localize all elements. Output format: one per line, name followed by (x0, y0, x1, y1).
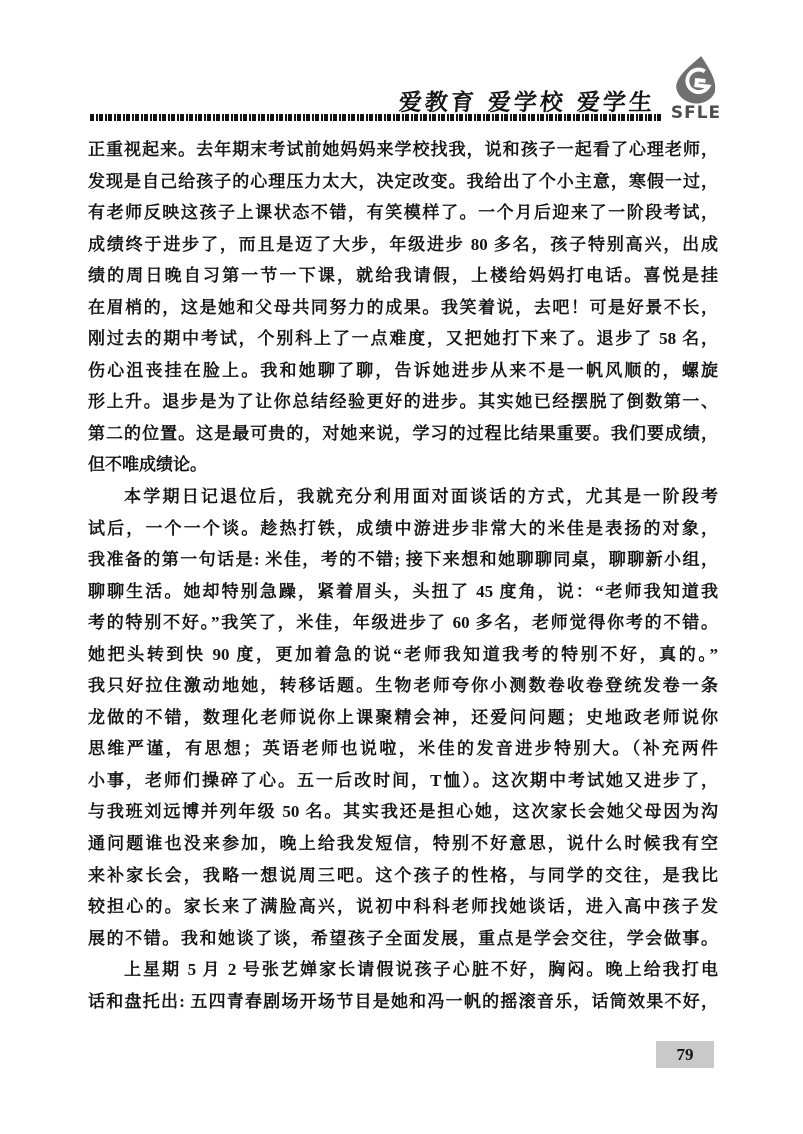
page-number: 79 (656, 1041, 714, 1068)
text-line: 成绩终于进步了，而且是迈了大步，年级进步 80 多名，孩子特别高兴，出成 (88, 229, 718, 261)
decorative-dotted-rule-icon (90, 114, 662, 121)
text-line: 绩的周日晚自习第一节一下课，就给我请假，上楼给妈妈打电话。喜悦是挂 (88, 260, 718, 292)
text-line: 第二的位置。这是最可贵的，对她来说，学习的过程比结果重要。我们要成绩， (88, 418, 718, 450)
text-line: 刚过去的期中考试，个别科上了一点难度，又把她打下来了。退步了 58 名， (88, 323, 718, 355)
text-line: 与我班刘远博并列年级 50 名。其实我还是担心她，这次家长会她父母因为沟 (88, 796, 718, 828)
text-line: 有老师反映这孩子上课状态不错，有笑模样了。一个月后迎来了一阶段考试， (88, 197, 718, 229)
text-line: 形上升。退步是为了让你总结经验更好的进步。其实她已经摆脱了倒数第一、 (88, 386, 718, 418)
text-line: 但不唯成绩论。 (88, 449, 718, 481)
text-line: 我准备的第一句话是: 米佳，考的不错; 接下来想和她聊聊同桌，聊聊新小组， (88, 544, 718, 576)
text-line: 龙做的不错，数理化老师说你上课聚精会神，还爱问问题；史地政老师说你 (88, 702, 718, 734)
sfle-logo: SFLE (660, 54, 732, 123)
header-slogan: 爱教育 爱学校 爱学生 (398, 84, 656, 117)
text-line: 思维严谨，有思想；英语老师也说啦，米佳的发音进步特别大。（补充两件 (88, 733, 718, 765)
text-line: 试后，一个一个谈。趁热打铁，成绩中游进步非常大的米佳是表扬的对象， (88, 513, 718, 545)
text-line: 考的特别不好。”我笑了，米佳，年级进步了 60 多名，老师觉得你考的不错。 (88, 607, 718, 639)
book-page: 爱教育 爱学校 爱学生 SFLE 正重视起来。去年期末考试前她妈妈来学校找我，说… (0, 0, 803, 1134)
text-line: 伤心沮丧挂在脸上。我和她聊了聊，告诉她进步从来不是一帆风顺的，螺旋 (88, 355, 718, 387)
sfle-droplet-icon (670, 54, 722, 106)
sfle-logo-text: SFLE (660, 103, 732, 123)
text-line: 话和盘托出: 五四青春剧场开场节目是她和冯一帆的摇滚音乐，话筒效果不好， (88, 986, 718, 1018)
text-line: 在眉梢的，这是她和父母共同努力的成果。我笑着说，去吧！可是好景不长， (88, 292, 718, 324)
text-line: 小事，老师们操碎了心。五一后改时间，T恤）。这次期中考试她又进步了， (88, 765, 718, 797)
text-line: 上星期 5 月 2 号张艺婵家长请假说孩子心脏不好，胸闷。晚上给我打电 (88, 954, 718, 986)
text-line: 通问题谁也没来参加，晚上给我发短信，特别不好意思，说什么时候我有空 (88, 828, 718, 860)
text-line: 发现是自己给孩子的心理压力太大，决定改变。我给出了个小主意，寒假一过， (88, 166, 718, 198)
text-line: 较担心的。家长来了满脸高兴，说初中科科老师找她谈话，进入高中孩子发 (88, 891, 718, 923)
text-line: 正重视起来。去年期末考试前她妈妈来学校找我，说和孩子一起看了心理老师， (88, 134, 718, 166)
text-line: 我只好拉住激动地她，转移话题。生物老师夸你小测数卷收卷登统发卷一条 (88, 670, 718, 702)
text-line: 本学期日记退位后，我就充分利用面对面谈话的方式，尤其是一阶段考 (88, 481, 718, 513)
text-line: 来补家长会，我略一想说周三吧。这个孩子的性格，与同学的交往，是我比 (88, 860, 718, 892)
page-body: 正重视起来。去年期末考试前她妈妈来学校找我，说和孩子一起看了心理老师， 发现是自… (88, 134, 718, 1017)
text-line: 她把头转到快 90 度，更加着急的说“老师我知道我考的特别不好，真的。” (88, 639, 718, 671)
text-line: 聊聊生活。她却特别急躁，紧着眉头，头扭了 45 度角，说：“老师我知道我 (88, 576, 718, 608)
text-line: 展的不错。我和她谈了谈，希望孩子全面发展，重点是学会交往，学会做事。 (88, 923, 718, 955)
